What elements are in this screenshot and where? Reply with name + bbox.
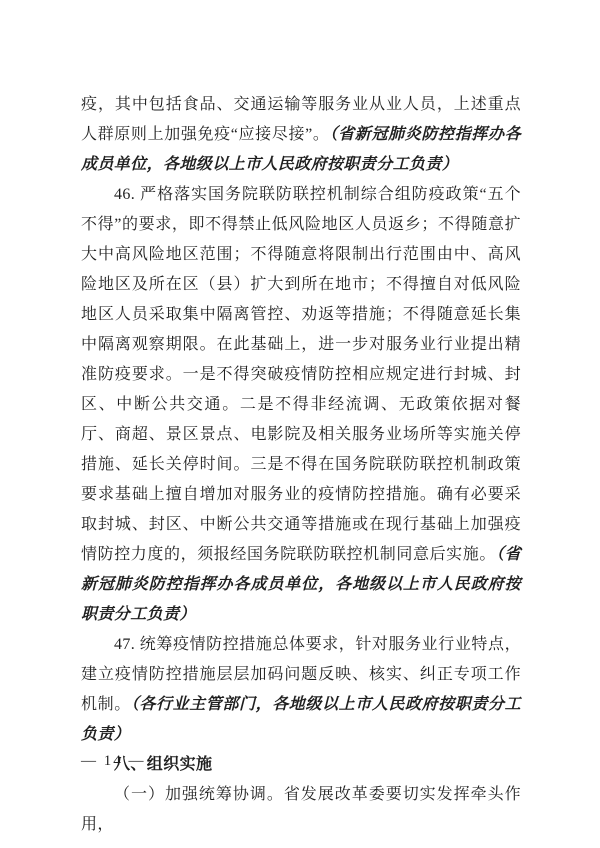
paragraph-text: （一）加强统筹协调。省发展改革委要切实发挥牵头作用，	[81, 786, 521, 833]
body-paragraph: 46. 严格落实国务院联防联控机制综合组防疫政策“五个不得”的要求，即不得禁止低…	[81, 180, 521, 630]
document-page: 疫，其中包括食品、交通运输等服务业从业人员，上述重点人群原则上加强免疫“应接尽接…	[0, 0, 600, 848]
body-paragraph: （一）加强统筹协调。省发展改革委要切实发挥牵头作用，	[81, 780, 521, 840]
body-paragraph: 47. 统筹疫情防控措施总体要求，针对服务业行业特点，建立疫情防控措施层层加码问…	[81, 630, 521, 750]
section-heading: 八、组织实施	[81, 750, 521, 780]
responsibility-attribution: （各行业主管部门，各地级以上市人民政府按职责分工负责）	[81, 696, 521, 743]
body-paragraph: 疫，其中包括食品、交通运输等服务业从业人员，上述重点人群原则上加强免疫“应接尽接…	[81, 90, 521, 180]
paragraph-text: 46. 严格落实国务院联防联控机制综合组防疫政策“五个不得”的要求，即不得禁止低…	[81, 186, 521, 563]
page-number: — 14 —	[81, 749, 146, 773]
document-body: 疫，其中包括食品、交通运输等服务业从业人员，上述重点人群原则上加强免疫“应接尽接…	[81, 90, 521, 840]
